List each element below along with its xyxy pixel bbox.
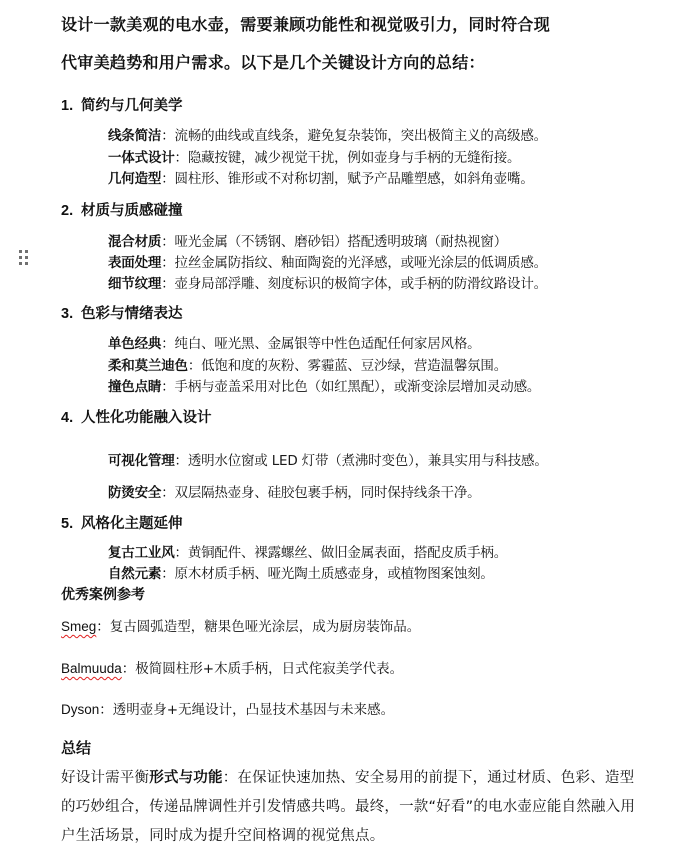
case-text: 极简圆柱形+木质手柄，日式侘寂美学代表。 <box>135 661 403 677</box>
item-term: 柔和莫兰迪色 <box>108 358 188 374</box>
item-sep: ： <box>161 485 174 501</box>
item-sep: ： <box>122 661 136 677</box>
document-page: 设计一款美观的电水壶，需要兼顾功能性和视觉吸引力，同时符合现 代审美趋势和用户需… <box>0 0 693 862</box>
brand-name: Balmuuda <box>61 661 122 676</box>
section-heading-4: 4.人性化功能融入设计 <box>61 406 212 427</box>
list-item: 撞色点睛：手柄与壶盖采用对比色（如红黑配），或渐变涂层增加灵动感。 <box>108 375 540 395</box>
item-text: 隐藏按键，减少视觉干扰，例如壶身与手柄的无缝衔接。 <box>188 150 521 166</box>
intro-paragraph: 设计一款美观的电水壶，需要兼顾功能性和视觉吸引力，同时符合现 代审美趋势和用户需… <box>61 6 661 82</box>
section-heading-1: 1.简约与几何美学 <box>61 94 183 115</box>
item-text: 流畅的曲线或直线条，避免复杂装饰，突出极简主义的高级感。 <box>175 128 547 144</box>
item-sep: ： <box>175 453 188 469</box>
case-item-smeg: Smeg：复古圆弧造型，糖果色哑光涂层，成为厨房装饰品。 <box>61 615 420 635</box>
item-sep: ： <box>161 234 174 250</box>
item-text: 透明水位窗或 <box>188 453 272 469</box>
list-item: 混合材质：哑光金属（不锈钢、磨砂铝）搭配透明玻璃（耐热视窗） <box>108 230 507 250</box>
section-title: 风格化主题延伸 <box>81 516 183 532</box>
item-sep: ： <box>175 545 188 561</box>
section-title: 材质与质感碰撞 <box>81 203 183 219</box>
item-term: 一体式设计 <box>108 150 175 166</box>
summary-emphasis: 形式与功能 <box>149 770 223 786</box>
item-term: 线条简洁 <box>108 128 161 144</box>
item-term: 混合材质 <box>108 234 161 250</box>
list-item: 自然元素：原木材质手柄、哑光陶土质感壶身，或植物图案蚀刻。 <box>108 562 494 582</box>
intro-line-2: 代审美趋势和用户需求。以下是几个关键设计方向的总结： <box>61 44 661 82</box>
section-number: 4. <box>61 410 81 426</box>
section-heading-5: 5.风格化主题延伸 <box>61 512 183 533</box>
item-sep: ： <box>161 276 174 292</box>
item-text: 低饱和度的灰粉、雾霾蓝、豆沙绿，营造温馨氛围。 <box>201 358 507 374</box>
item-sep: ： <box>223 770 238 786</box>
item-text: 黄铜配件、裸露螺丝、做旧金属表面，搭配皮质手柄。 <box>188 545 507 561</box>
list-item: 防烫安全：双层隔热壶身、硅胶包裹手柄，同时保持线条干净。 <box>108 481 480 501</box>
case-item-dyson: Dyson：透明壶身+无绳设计，凸显技术基因与未来感。 <box>61 698 394 718</box>
item-term: 几何造型 <box>108 171 161 187</box>
item-sep: ： <box>161 566 174 582</box>
item-text: 灯带（煮沸时变色），兼具实用与科技感。 <box>298 453 548 469</box>
list-item: 柔和莫兰迪色：低饱和度的灰粉、雾霾蓝、豆沙绿，营造温馨氛围。 <box>108 354 507 374</box>
section-title: 简约与几何美学 <box>81 98 183 114</box>
item-text: 拉丝金属防指纹、釉面陶瓷的光泽感，或哑光涂层的低调质感。 <box>175 255 547 271</box>
item-term: 表面处理 <box>108 255 161 271</box>
list-item: 复古工业风：黄铜配件、裸露螺丝、做旧金属表面，搭配皮质手柄。 <box>108 541 507 561</box>
summary-heading: 总结 <box>61 737 91 758</box>
section-title: 人性化功能融入设计 <box>81 410 212 426</box>
intro-line-1: 设计一款美观的电水壶，需要兼顾功能性和视觉吸引力，同时符合现 <box>61 6 661 44</box>
item-text: 纯白、哑光黑、金属银等中性色适配任何家居风格。 <box>175 336 481 352</box>
item-sep: ： <box>188 358 201 374</box>
item-term: 可视化管理 <box>108 453 175 469</box>
section-number: 1. <box>61 98 81 114</box>
brand-name: Smeg <box>61 619 96 634</box>
item-text: 圆柱形、锥形或不对称切割，赋予产品雕塑感，如斜角壶嘴。 <box>175 171 534 187</box>
item-text: 壶身局部浮雕、刻度标识的极简字体，或手柄的防滑纹路设计。 <box>175 276 547 292</box>
item-text: 双层隔热壶身、硅胶包裹手柄，同时保持线条干净。 <box>175 485 481 501</box>
item-term: 自然元素 <box>108 566 161 582</box>
summary-prefix: 好设计需平衡 <box>61 770 149 786</box>
case-text: 复古圆弧造型，糖果色哑光涂层，成为厨房装饰品。 <box>110 619 421 635</box>
list-item: 可视化管理：透明水位窗或 LED 灯带（煮沸时变色），兼具实用与科技感。 <box>108 449 548 469</box>
section-heading-2: 2.材质与质感碰撞 <box>61 199 183 220</box>
item-term: 复古工业风 <box>108 545 175 561</box>
section-heading-3: 3.色彩与情绪表达 <box>61 302 183 323</box>
cases-heading: 优秀案例参考 <box>61 584 145 604</box>
item-text: 原木材质手柄、哑光陶土质感壶身，或植物图案蚀刻。 <box>175 566 494 582</box>
item-sep: ： <box>175 150 188 166</box>
list-item: 线条简洁：流畅的曲线或直线条，避免复杂装饰，突出极简主义的高级感。 <box>108 124 547 144</box>
item-sep: ： <box>96 619 110 635</box>
item-term: 防烫安全 <box>108 485 161 501</box>
list-item: 表面处理：拉丝金属防指纹、釉面陶瓷的光泽感，或哑光涂层的低调质感。 <box>108 251 547 271</box>
drag-handle-icon[interactable] <box>19 250 29 266</box>
section-number: 5. <box>61 516 81 532</box>
list-item: 单色经典：纯白、哑光黑、金属银等中性色适配任何家居风格。 <box>108 332 480 352</box>
case-item-balmuuda: Balmuuda：极简圆柱形+木质手柄，日式侘寂美学代表。 <box>61 657 403 677</box>
brand-name: Dyson <box>61 702 99 717</box>
summary-paragraph: 好设计需平衡形式与功能：在保证快速加热、安全易用的前提下，通过材质、色彩、造型的… <box>61 764 641 851</box>
item-term: 细节纹理 <box>108 276 161 292</box>
item-term: 单色经典 <box>108 336 161 352</box>
item-sep: ： <box>161 379 174 395</box>
item-text-led: LED <box>272 453 298 469</box>
list-item: 一体式设计：隐藏按键，减少视觉干扰，例如壶身与手柄的无缝衔接。 <box>108 146 520 166</box>
section-number: 3. <box>61 306 81 322</box>
list-item: 几何造型：圆柱形、锥形或不对称切割，赋予产品雕塑感，如斜角壶嘴。 <box>108 167 534 187</box>
item-text: 手柄与壶盖采用对比色（如红黑配），或渐变涂层增加灵动感。 <box>175 379 541 395</box>
case-text: 透明壶身+无绳设计，凸显技术基因与未来感。 <box>113 702 394 718</box>
item-sep: ： <box>161 336 174 352</box>
list-item: 细节纹理：壶身局部浮雕、刻度标识的极简字体，或手柄的防滑纹路设计。 <box>108 272 547 292</box>
item-text: 哑光金属（不锈钢、磨砂铝）搭配透明玻璃（耐热视窗） <box>175 234 508 250</box>
item-sep: ： <box>161 171 174 187</box>
item-sep: ： <box>99 702 113 718</box>
section-number: 2. <box>61 203 81 219</box>
item-sep: ： <box>161 128 174 144</box>
section-title: 色彩与情绪表达 <box>81 306 183 322</box>
item-term: 撞色点睛 <box>108 379 161 395</box>
item-sep: ： <box>161 255 174 271</box>
